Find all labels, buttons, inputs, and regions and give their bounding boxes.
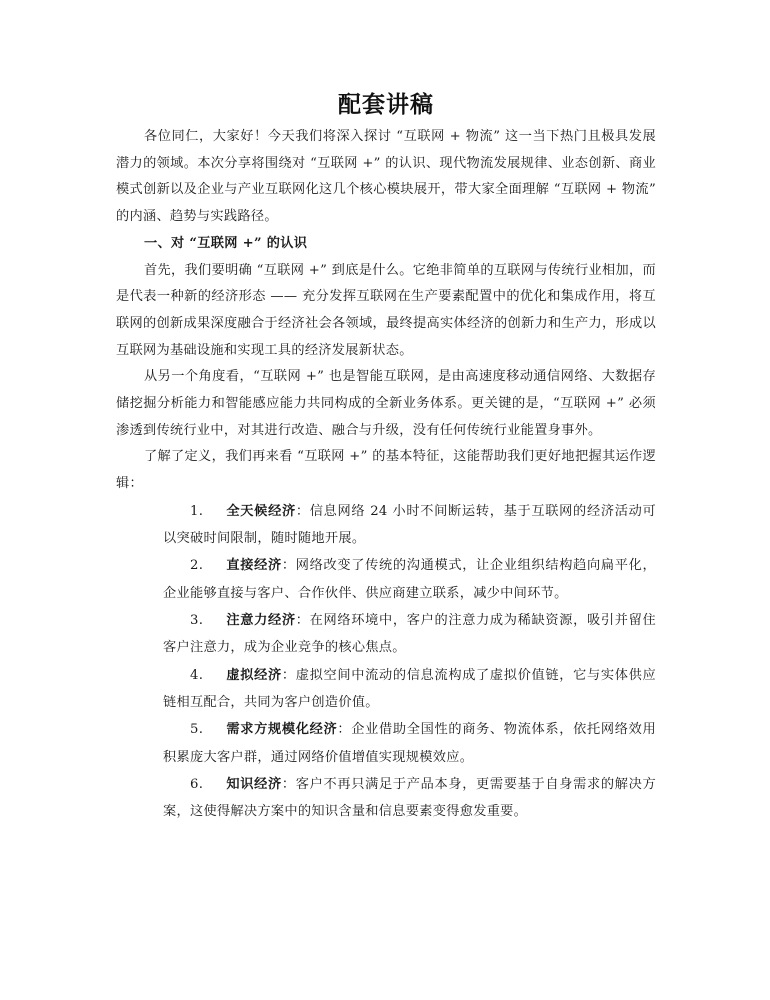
list-number: 5.: [190, 716, 226, 743]
list-item: 2.直接经济：网络改变了传统的沟通模式，让企业组织结构趋向扁平化，企业能够直接与…: [163, 552, 656, 607]
list-number: 6.: [190, 771, 226, 798]
feature-term: 注意力经济: [226, 613, 296, 628]
feature-term: 知识经济: [226, 777, 282, 792]
features-list: 1.全天候经济：信息网络 24 小时不间断运转，基于互联网的经济活动可以突破时间…: [116, 498, 656, 826]
feature-term: 全天候经济: [226, 504, 296, 519]
smart-internet-paragraph: 从另一个角度看，“互联网 +” 也是智能互联网，是由高速度移动通信网络、大数据存…: [116, 364, 656, 444]
list-number: 4.: [190, 662, 226, 689]
list-item: 3.注意力经济：在网络环境中，客户的注意力成为稀缺资源，吸引并留住客户注意力，成…: [163, 607, 656, 662]
intro-paragraph: 各位同仁，大家好！今天我们将深入探讨 “互联网 + 物流” 这一当下热门且极具发…: [116, 124, 656, 231]
document-title: 配套讲稿: [116, 88, 656, 122]
feature-term: 虚拟经济: [226, 668, 282, 683]
definition-paragraph: 首先，我们要明确 “互联网 +” 到底是什么。它绝非简单的互联网与传统行业相加，…: [116, 258, 656, 365]
list-item: 6.知识经济：客户不再只满足于产品本身，更需要基于自身需求的解决方案，这使得解决…: [163, 771, 656, 826]
feature-term: 需求方规模化经济: [226, 722, 337, 737]
section-heading: 一、对 “互联网 +” 的认识: [116, 231, 656, 258]
list-number: 3.: [190, 607, 226, 634]
list-item: 1.全天候经济：信息网络 24 小时不间断运转，基于互联网的经济活动可以突破时间…: [163, 498, 656, 553]
list-item: 4.虚拟经济：虚拟空间中流动的信息流构成了虚拟价值链，它与实体供应链相互配合，共…: [163, 662, 656, 717]
feature-term: 直接经济: [226, 558, 282, 573]
list-number: 1.: [190, 498, 226, 525]
features-intro-paragraph: 了解了定义，我们再来看 “互联网 +” 的基本特征，这能帮助我们更好地把握其运作…: [116, 444, 656, 497]
document-page: 配套讲稿 各位同仁，大家好！今天我们将深入探讨 “互联网 + 物流” 这一当下热…: [116, 88, 656, 825]
list-item: 5.需求方规模化经济：企业借助全国性的商务、物流体系，依托网络效用积累庞大客户群…: [163, 716, 656, 771]
list-number: 2.: [190, 552, 226, 579]
